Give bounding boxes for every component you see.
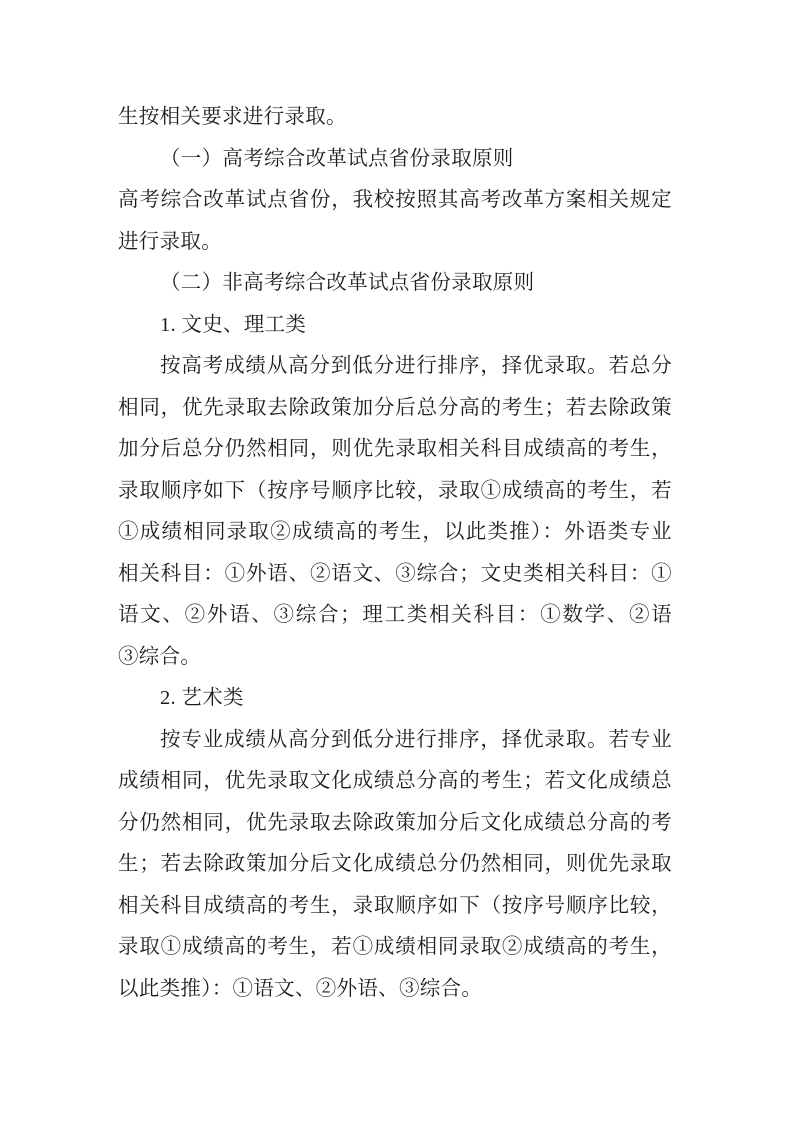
text-line: 进行录取。: [118, 222, 672, 264]
text-line: ①成绩相同录取②成绩高的考生，以此类推）：外语类专业: [118, 512, 672, 554]
text-line: 加分后总分仍然相同，则优先录取相关科目成绩高的考生，: [118, 429, 672, 471]
text-line: 相关科目：①外语、②语文、③综合；文史类相关科目：①: [118, 554, 672, 596]
text-line: 生按相关要求进行录取。: [118, 97, 672, 139]
text-line: 相关科目成绩高的考生，录取顺序如下（按序号顺序比较，: [118, 886, 672, 928]
text-line: 成绩相同，优先录取文化成绩总分高的考生；若文化成绩总: [118, 761, 672, 803]
text-line: 按专业成绩从高分到低分进行排序，择优录取。若专业: [118, 720, 672, 762]
document-text-block: 生按相关要求进行录取。（一）高考综合改革试点省份录取原则高考综合改革试点省份，我…: [118, 97, 672, 1010]
text-line: 生；若去除政策加分后文化成绩总分仍然相同，则优先录取: [118, 844, 672, 886]
text-line: 高考综合改革试点省份，我校按照其高考改革方案相关规定: [118, 180, 672, 222]
text-line: 录取①成绩高的考生，若①成绩相同录取②成绩高的考生，: [118, 927, 672, 969]
text-line: （一）高考综合改革试点省份录取原则: [118, 139, 672, 181]
document-page: 生按相关要求进行录取。（一）高考综合改革试点省份录取原则高考综合改革试点省份，我…: [0, 0, 793, 1122]
text-line: 语文、②外语、③综合；理工类相关科目：①数学、②语文、: [118, 595, 672, 637]
text-line: 录取顺序如下（按序号顺序比较，录取①成绩高的考生，若: [118, 471, 672, 513]
text-line: 以此类推）：①语文、②外语、③综合。: [118, 969, 672, 1011]
text-line: 分仍然相同，优先录取去除政策加分后文化成绩总分高的考: [118, 803, 672, 845]
text-line: （二）非高考综合改革试点省份录取原则: [118, 263, 672, 305]
text-line: 按高考成绩从高分到低分进行排序，择优录取。若总分: [118, 346, 672, 388]
text-line: 2. 艺术类: [118, 678, 672, 720]
text-line: 相同，优先录取去除政策加分后总分高的考生；若去除政策: [118, 388, 672, 430]
text-line: 1. 文史、理工类: [118, 305, 672, 347]
text-line: ③综合。: [118, 637, 672, 679]
